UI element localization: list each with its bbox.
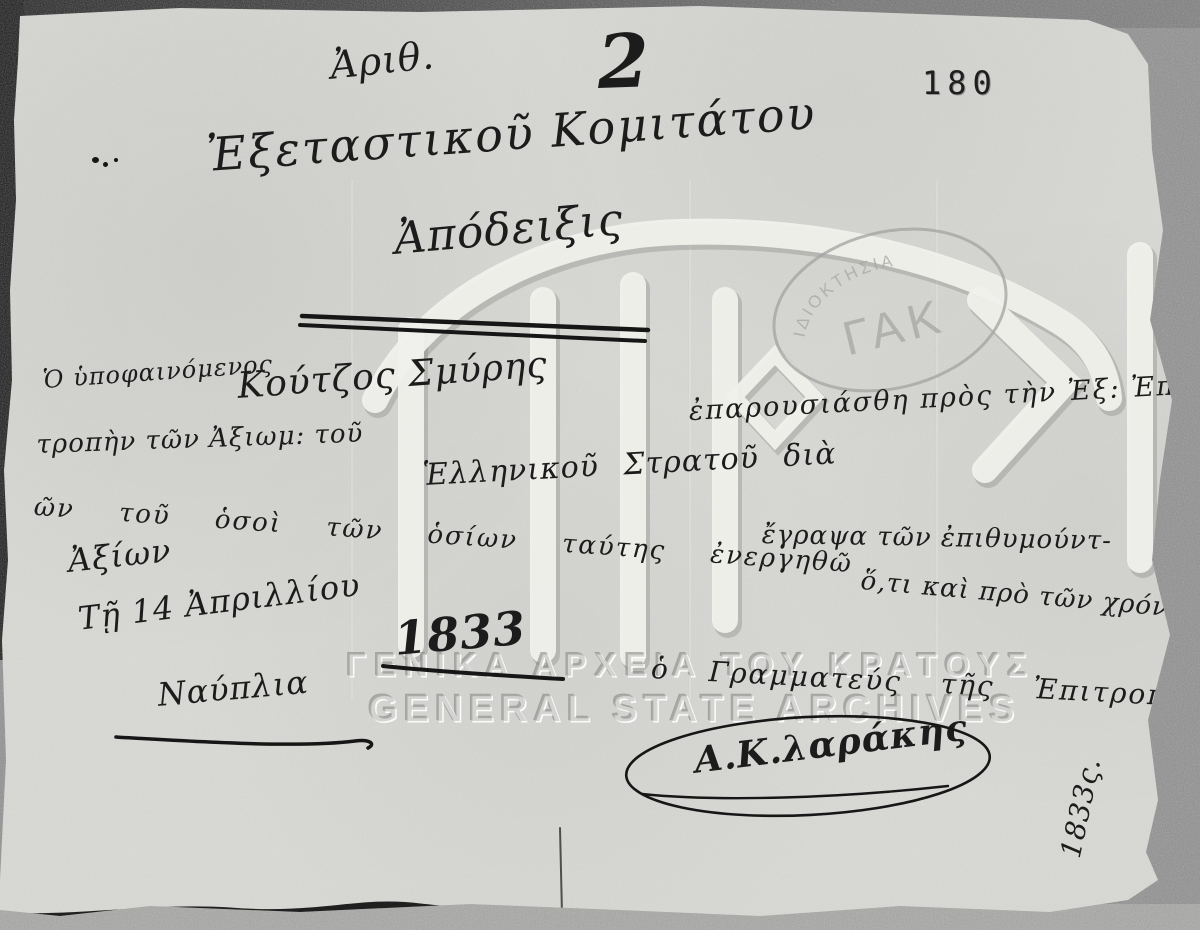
- page-number-word: Ἀριθ.: [328, 33, 437, 88]
- stamp-arc-text: ΙΔΙΟΚΤΗΣΙΑ: [776, 250, 909, 343]
- place-line: Ναύπλια: [156, 663, 310, 714]
- document-title: Ἀπόδειξις: [392, 194, 625, 265]
- rotated-year-note: 1833ς.: [1054, 754, 1107, 860]
- page-number-value: 2: [596, 18, 651, 106]
- serial-number-stamp: 180: [922, 64, 998, 102]
- body-line4b: ὅ,τι καὶ πρὸ τῶν χρόνων: [859, 566, 1200, 626]
- body-line1-name: Κούτζος Σμύρης: [236, 344, 549, 407]
- date-year: 1833: [392, 600, 528, 665]
- ink-blot: [92, 157, 99, 163]
- svg-text:ΙΔΙΟΚΤΗΣΙΑ: ΙΔΙΟΚΤΗΣΙΑ: [776, 250, 909, 343]
- date-line: Τῇ 14 Ἀπριλλίου: [76, 565, 362, 637]
- ink-blot: [114, 158, 118, 162]
- ink-blot: [103, 162, 108, 167]
- scanned-document: ΓΕΝΙΚΑ ΑΡΧΕΙΑ ΤΟΥ ΚΡΑΤΟΥΣ GENERAL STATE …: [0, 0, 1200, 930]
- body-line3: Ἑλληνικοῦ Στρατοῦ διὰ: [422, 436, 837, 493]
- bottom-crease-mark: [560, 828, 562, 914]
- issuer-line: Ἐξεταστικοῦ Κομιτάτου: [205, 85, 818, 181]
- place-underline-flourish: [116, 737, 372, 748]
- fold-crease: [935, 180, 939, 700]
- body-line1-rest: ἐπαρουσιάσθη πρὸς τὴν Ἐξ: Ἐπι-: [688, 369, 1200, 427]
- fold-crease: [688, 180, 692, 700]
- body-line2: τροπὴν τῶν Ἀξιωμ: τοῦ: [36, 419, 364, 460]
- signature-under-flourish: [642, 786, 948, 798]
- body-line5: Ἀξίων: [66, 531, 173, 580]
- paper-sheet: ΓΕΝΙΚΑ ΑΡΧΕΙΑ ΤΟΥ ΚΡΑΤΟΥΣ GENERAL STATE …: [0, 0, 1200, 930]
